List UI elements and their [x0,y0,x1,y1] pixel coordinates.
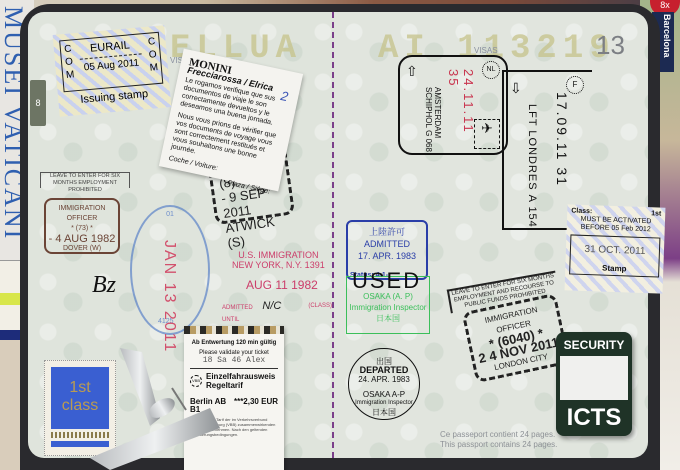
osaka-inspector: Immigration Inspector [347,302,429,313]
dover-stamp: IMMIGRATION OFFICER * (73) * - 4 AUG 198… [44,198,120,254]
right-visas-label: VISAS [474,46,498,55]
security-label: SECURITY [556,332,632,352]
class-validation-ticket: Class:1st MUST BE ACTIVATED BEFORE 05 Fe… [565,204,666,293]
airplane-icon: ✈ [474,119,500,149]
signature: Bz [92,272,116,299]
lft-date: 17.09.11 31 [554,92,570,187]
page-number: 13 [596,30,625,61]
dover-date: - 4 AUG 1982 [46,234,118,244]
us-imm-line2: NEW YORK, N.Y. 1391 [232,260,325,270]
admitted-label: ADMITTED [222,305,253,311]
admitted-until: ADMITTED N/C (CLASS) UNTIL [222,300,332,326]
eurail-stamp: COM EURAIL 05 Aug 2011 COM Issuing stamp [53,25,172,116]
security-sticker: SECURITY ICTS [556,332,632,436]
until-label: UNTIL [222,317,239,323]
departed-date: 24. APR. 1983 [349,375,419,384]
amsterdam-stamp: ⇧ NL 24.11.11 35 AMSTERDAM SCHIPHOL G 06… [398,55,508,155]
icts-label: ICTS [556,404,632,432]
class-label: (CLASS) [308,300,332,312]
nl-country-mark: NL [482,61,500,79]
page-tab: 8 [30,80,46,126]
validation-date: 31 OCT. 2011 [584,244,645,257]
japan-admitted-date: 17. APR. 1983 [348,250,426,262]
footer-en: This passport contains 24 pages. [440,440,557,450]
departed-inspector: Immigration Inspector [349,399,419,408]
lft-location: LFT LONDRES A 154 [526,104,538,228]
arrival-arrow-icon: ⇩ [510,80,522,97]
train-note: MONINI Frecciarossa / Elrica Le rogamos … [159,49,303,192]
departure-arrow-icon: ⇧ [406,63,418,80]
ticket-price: ***2,30 EUR [234,398,278,406]
ticket-strip [184,326,284,334]
departed-location: OSAKA A-P [349,390,419,399]
footer-fr: Ce passeport contient 24 pages. [440,430,557,440]
japan-admitted-label: ADMITTED [348,238,426,250]
com-right: COM [146,35,159,75]
com-left: COM [62,42,75,82]
japan-kanji: 上陸許可 [348,226,426,238]
dover-location: DOVER (W) [46,244,118,254]
amsterdam-location: AMSTERDAM SCHIPHOL G 068 [424,87,442,153]
toy-airplane-icon [90,348,220,470]
dover-header: IMMIGRATION OFFICER [46,204,118,224]
ticket-validity: Ab Entwertung 120 min gültig [190,339,278,347]
osaka-country: 日本国 [347,313,429,324]
class-value: 1st [651,210,661,218]
dhs-number: 01 [132,211,208,218]
departed-country: 日本国 [349,408,419,417]
departed-stamp: 出国 DEPARTED 24. APR. 1983 OSAKA A-P Immi… [348,348,420,420]
passport-spine-stitch [332,12,335,458]
us-imm-date: AUG 11 1982 [246,278,318,292]
page-count-note: Ce passeport contient 24 pages. This pas… [440,430,557,450]
jan-date-stamp: JAN 13 2011 [160,240,178,353]
departed-label: DEPARTED [349,366,419,375]
amsterdam-date: 24.11.11 35 [446,69,476,153]
leave-to-enter-notice: LEAVE TO ENTER FOR SIX MONTHS EMPLOYMENT… [40,172,130,188]
us-immigration-stamp: U.S. IMMIGRATION NEW YORK, N.Y. 1391 [232,250,325,270]
us-imm-line1: U.S. IMMIGRATION [232,250,325,260]
handwritten-class: N/C [262,300,281,312]
eurail-date: 05 Aug 2011 [76,57,147,74]
used-stamp: USED [352,268,421,294]
